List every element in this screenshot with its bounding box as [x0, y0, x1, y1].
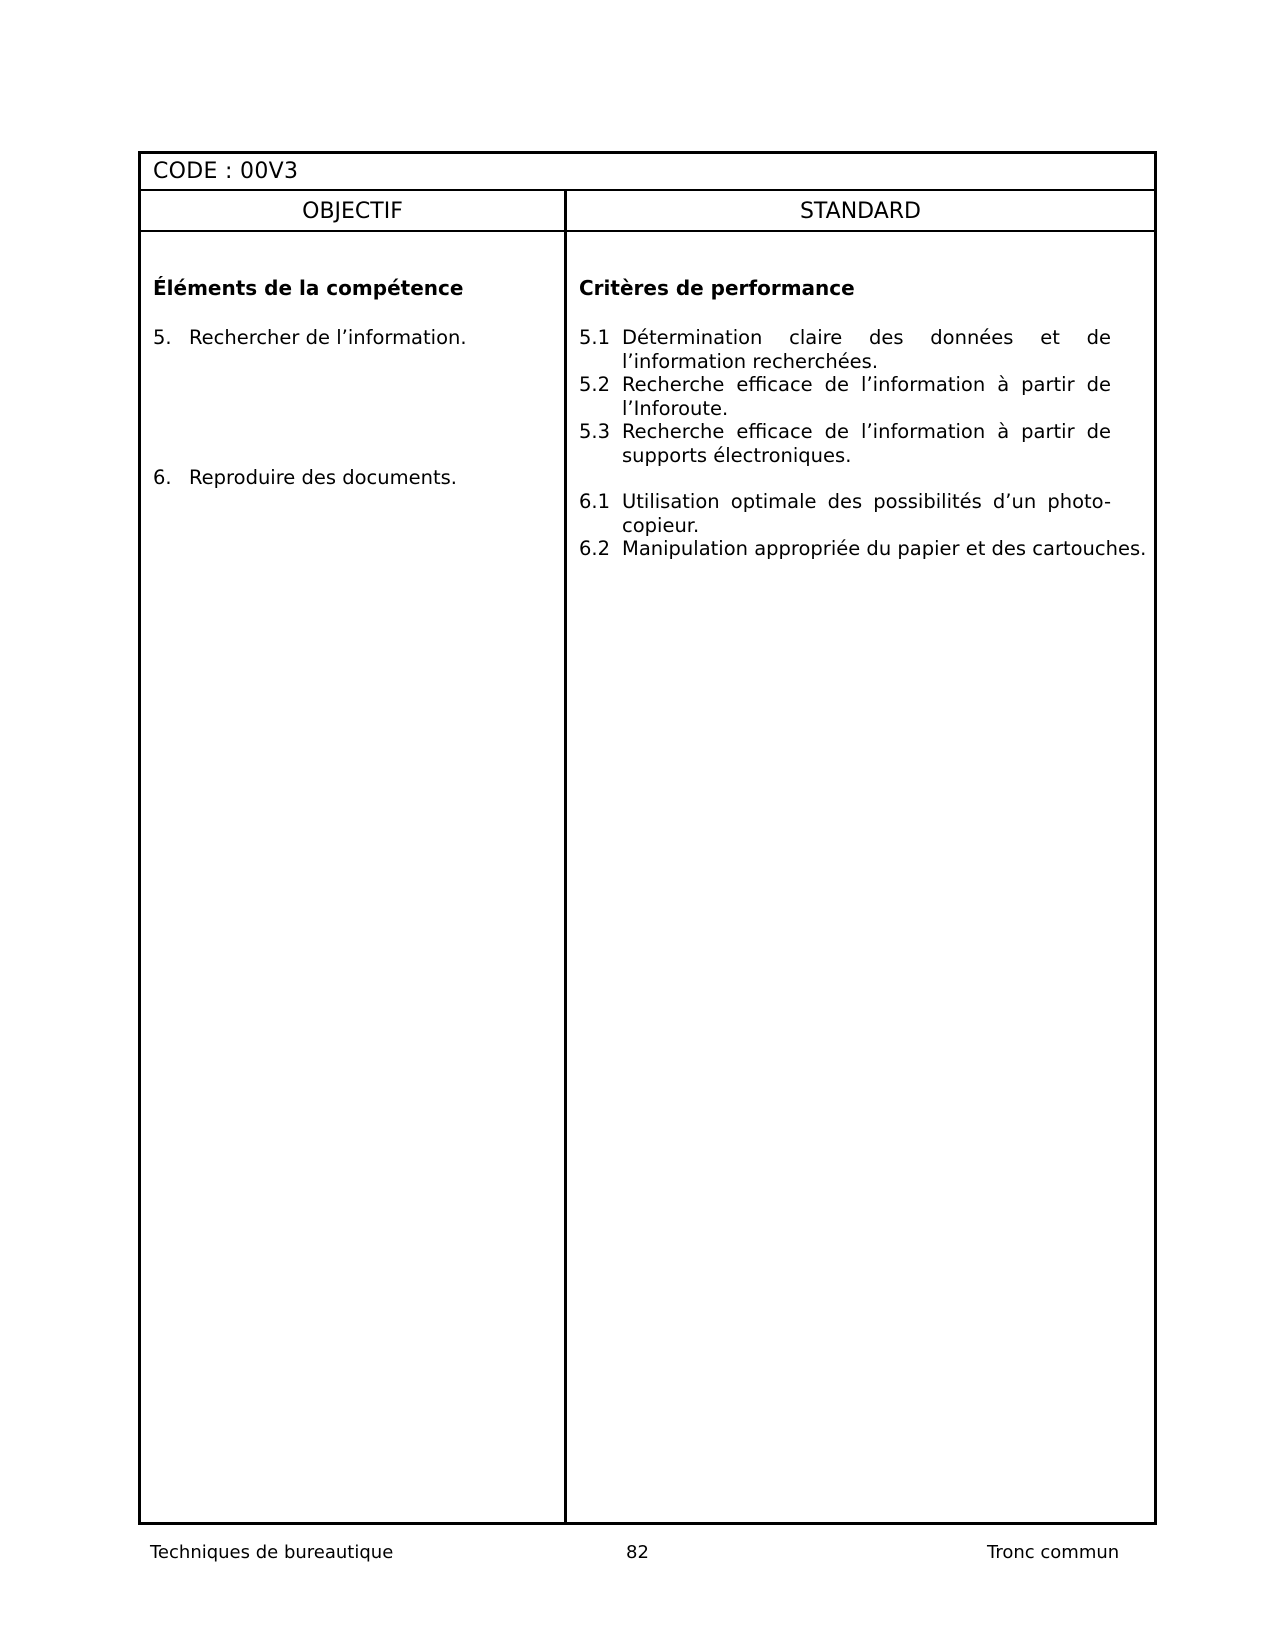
- item-number: 5.1: [579, 326, 610, 350]
- item-number: 5.: [153, 326, 172, 350]
- elements-heading: Éléments de la compétence: [153, 276, 463, 300]
- item-text: Recherche efficace de l’information à pa…: [622, 373, 1111, 421]
- item-number: 6.: [153, 466, 172, 490]
- page-number: 82: [626, 1542, 649, 1563]
- standard-column: Critères de performance 5.1 Déterminatio…: [579, 232, 1144, 1522]
- item-text: Utilisation optimale des possibilités d’…: [622, 490, 1111, 538]
- item-number: 6.1: [579, 490, 610, 514]
- header-standard: STANDARD: [567, 191, 1154, 232]
- code-label: CODE : 00V3: [153, 159, 298, 184]
- item-text: Rechercher de l’information.: [189, 326, 467, 350]
- item-text: Manipulation appropriée du papier et des…: [622, 537, 1111, 561]
- item-number: 6.2: [579, 537, 610, 561]
- objectif-column: Éléments de la compétence 5. Rechercher …: [153, 232, 553, 1522]
- code-row: CODE : 00V3: [141, 154, 1154, 191]
- column-divider: [564, 191, 567, 1522]
- item-number: 5.3: [579, 420, 610, 444]
- criteria-heading: Critères de performance: [579, 276, 855, 300]
- header-objectif: OBJECTIF: [141, 191, 564, 232]
- footer-program: Techniques de bureautique: [150, 1542, 393, 1563]
- item-number: 5.2: [579, 373, 610, 397]
- item-text: Recherche efficace de l’information à pa…: [622, 420, 1111, 468]
- item-text: Détermination claire des données et de l…: [622, 326, 1111, 374]
- item-text: Reproduire des documents.: [189, 466, 457, 490]
- competency-table: CODE : 00V3 OBJECTIF STANDARD Éléments d…: [138, 151, 1157, 1525]
- footer-section: Tronc commun: [987, 1542, 1119, 1563]
